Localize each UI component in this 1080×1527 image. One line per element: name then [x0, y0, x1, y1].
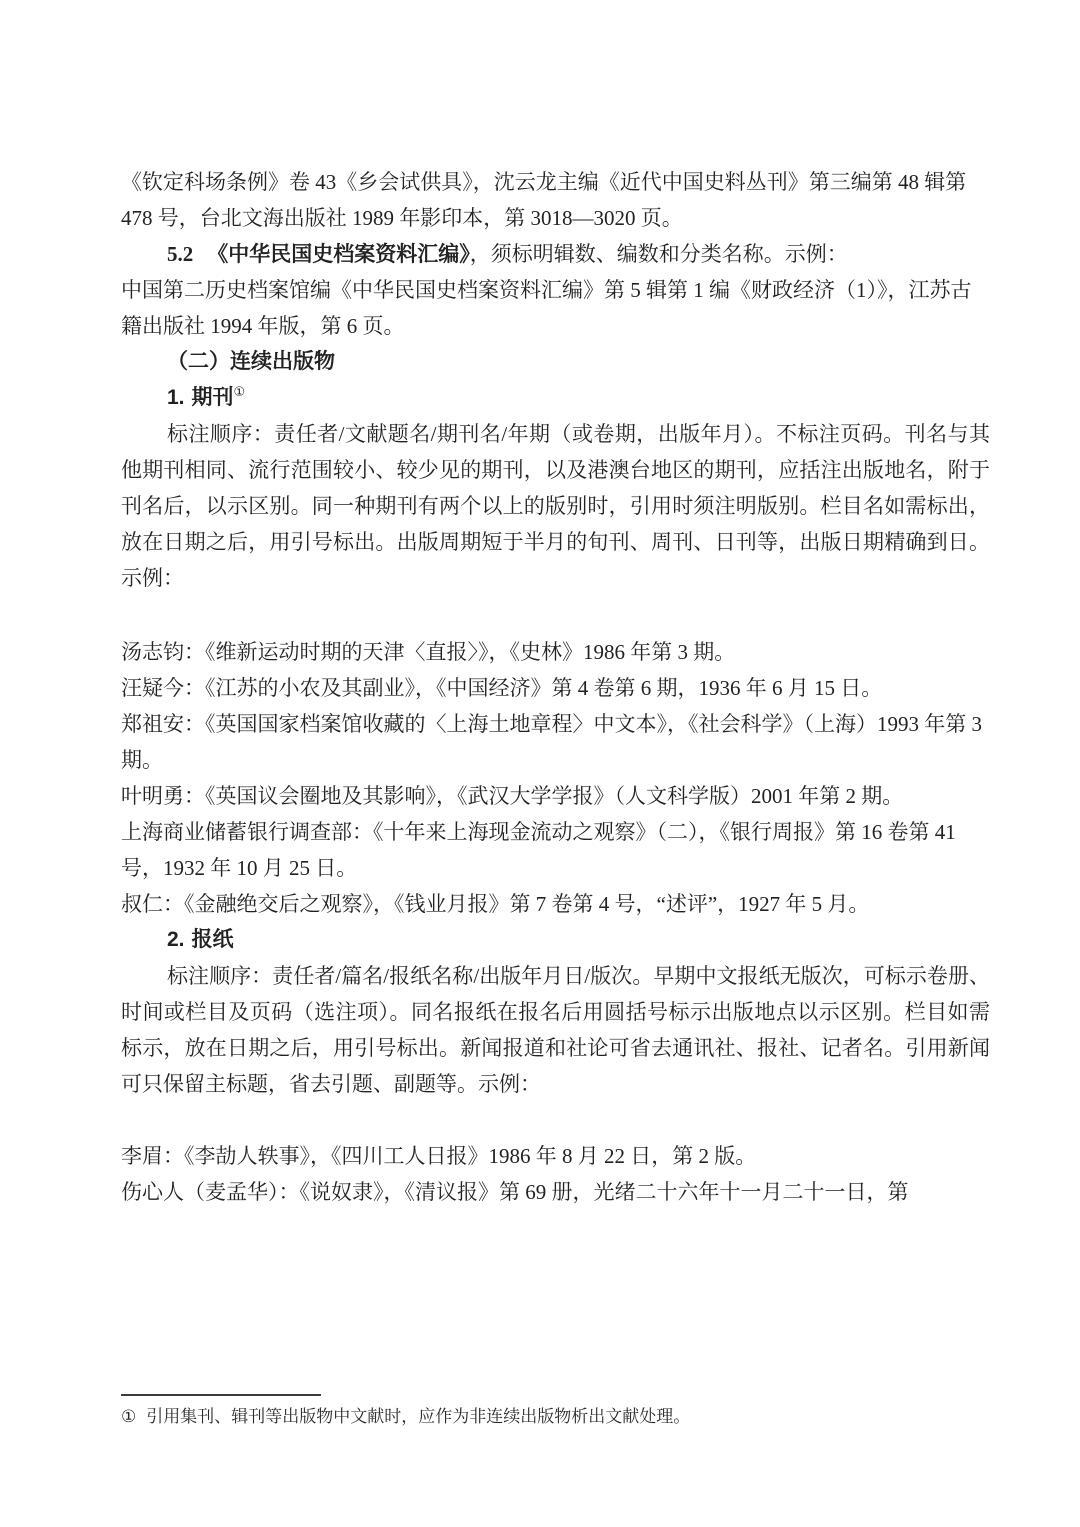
newspaper-heading-title: 报纸	[192, 928, 234, 951]
journal-heading-title: 期刊	[192, 386, 234, 409]
subsection-serials-label: （二）连续出版物	[167, 350, 335, 373]
footnote-divider	[121, 1394, 321, 1396]
page-content: 《钦定科场条例》卷 43《乡会试供具》，沈云龙主编《近代中国史料丛刊》第三编第 …	[121, 164, 990, 1210]
footnote-mark: ①	[121, 1407, 136, 1426]
document-page: 《钦定科场条例》卷 43《乡会试供具》，沈云龙主编《近代中国史料丛刊》第三编第 …	[0, 0, 1080, 1527]
footnote-reference-mark: ①	[234, 384, 246, 399]
journal-example-item: 上海商业储蓄银行调查部：《十年来上海现金流动之观察》（二），《银行周报》第 16…	[121, 814, 990, 886]
newspaper-heading: 2.报纸	[121, 922, 990, 958]
newspaper-example-item: 李眉：《李劼人轶事》，《四川工人日报》1986 年 8 月 22 日，第 2 版…	[121, 1138, 990, 1174]
newspaper-heading-number: 2.	[167, 928, 185, 951]
journal-example-item: 叶明勇：《英国议会圈地及其影响》，《武汉大学学报》（人文科学版）2001 年第 …	[121, 778, 990, 814]
section-5-2-description: ，须标明辑数、编数和分类名称。示例：	[470, 242, 848, 266]
newspaper-examples-list: 李眉：《李劼人轶事》，《四川工人日报》1986 年 8 月 22 日，第 2 版…	[121, 1138, 990, 1210]
journal-example-item: 汪疑今：《江苏的小农及其副业》，《中国经济》第 4 卷第 6 期，1936 年 …	[121, 670, 990, 706]
journal-description-paragraph: 标注顺序：责任者/文献题名/期刊名/年期（或卷期，出版年月）。不标注页码。刊名与…	[121, 416, 990, 596]
journal-example-item: 郑祖安：《英国国家档案馆收藏的〈上海土地章程〉中文本》，《社会科学》（上海）19…	[121, 706, 990, 778]
journal-heading: 1.期刊①	[121, 380, 990, 416]
section-5-2-book-title: 《中华民国史档案资料汇编》	[207, 242, 470, 266]
newspaper-example-item: 伤心人（麦孟华）：《说奴隶》，《清议报》第 69 册，光绪二十六年十一月二十一日…	[121, 1174, 990, 1210]
section-5-2-example-citation: 中国第二历史档案馆编《中华民国史档案资料汇编》第 5 辑第 1 编《财政经济（1…	[121, 272, 990, 344]
footnote-text: 引用集刊、辑刊等出版物中文献时，应作为非连续出版物析出文献处理。	[146, 1407, 690, 1426]
journal-examples-list: 汤志钧：《维新运动时期的天津〈直报〉》，《史林》1986 年第 3 期。 汪疑今…	[121, 634, 990, 922]
subsection-serials-heading: （二）连续出版物	[121, 344, 990, 380]
footnote-area: ①引用集刊、辑刊等出版物中文献时，应作为非连续出版物析出文献处理。	[121, 1394, 990, 1430]
journal-heading-number: 1.	[167, 386, 185, 409]
journal-example-item: 叔仁：《金融绝交后之观察》，《钱业月报》第 7 卷第 4 号，“述评”，1927…	[121, 886, 990, 922]
footnote: ①引用集刊、辑刊等出版物中文献时，应作为非连续出版物析出文献处理。	[121, 1404, 990, 1430]
section-5-2-heading: 5.2《中华民国史档案资料汇编》，须标明辑数、编数和分类名称。示例：	[121, 236, 990, 272]
newspaper-description-paragraph: 标注顺序：责任者/篇名/报纸名称/出版年月日/版次。早期中文报纸无版次，可标示卷…	[121, 958, 990, 1102]
journal-example-item: 汤志钧：《维新运动时期的天津〈直报〉》，《史林》1986 年第 3 期。	[121, 634, 990, 670]
intro-citation: 《钦定科场条例》卷 43《乡会试供具》，沈云龙主编《近代中国史料丛刊》第三编第 …	[121, 164, 990, 236]
section-5-2-number: 5.2	[167, 242, 193, 266]
